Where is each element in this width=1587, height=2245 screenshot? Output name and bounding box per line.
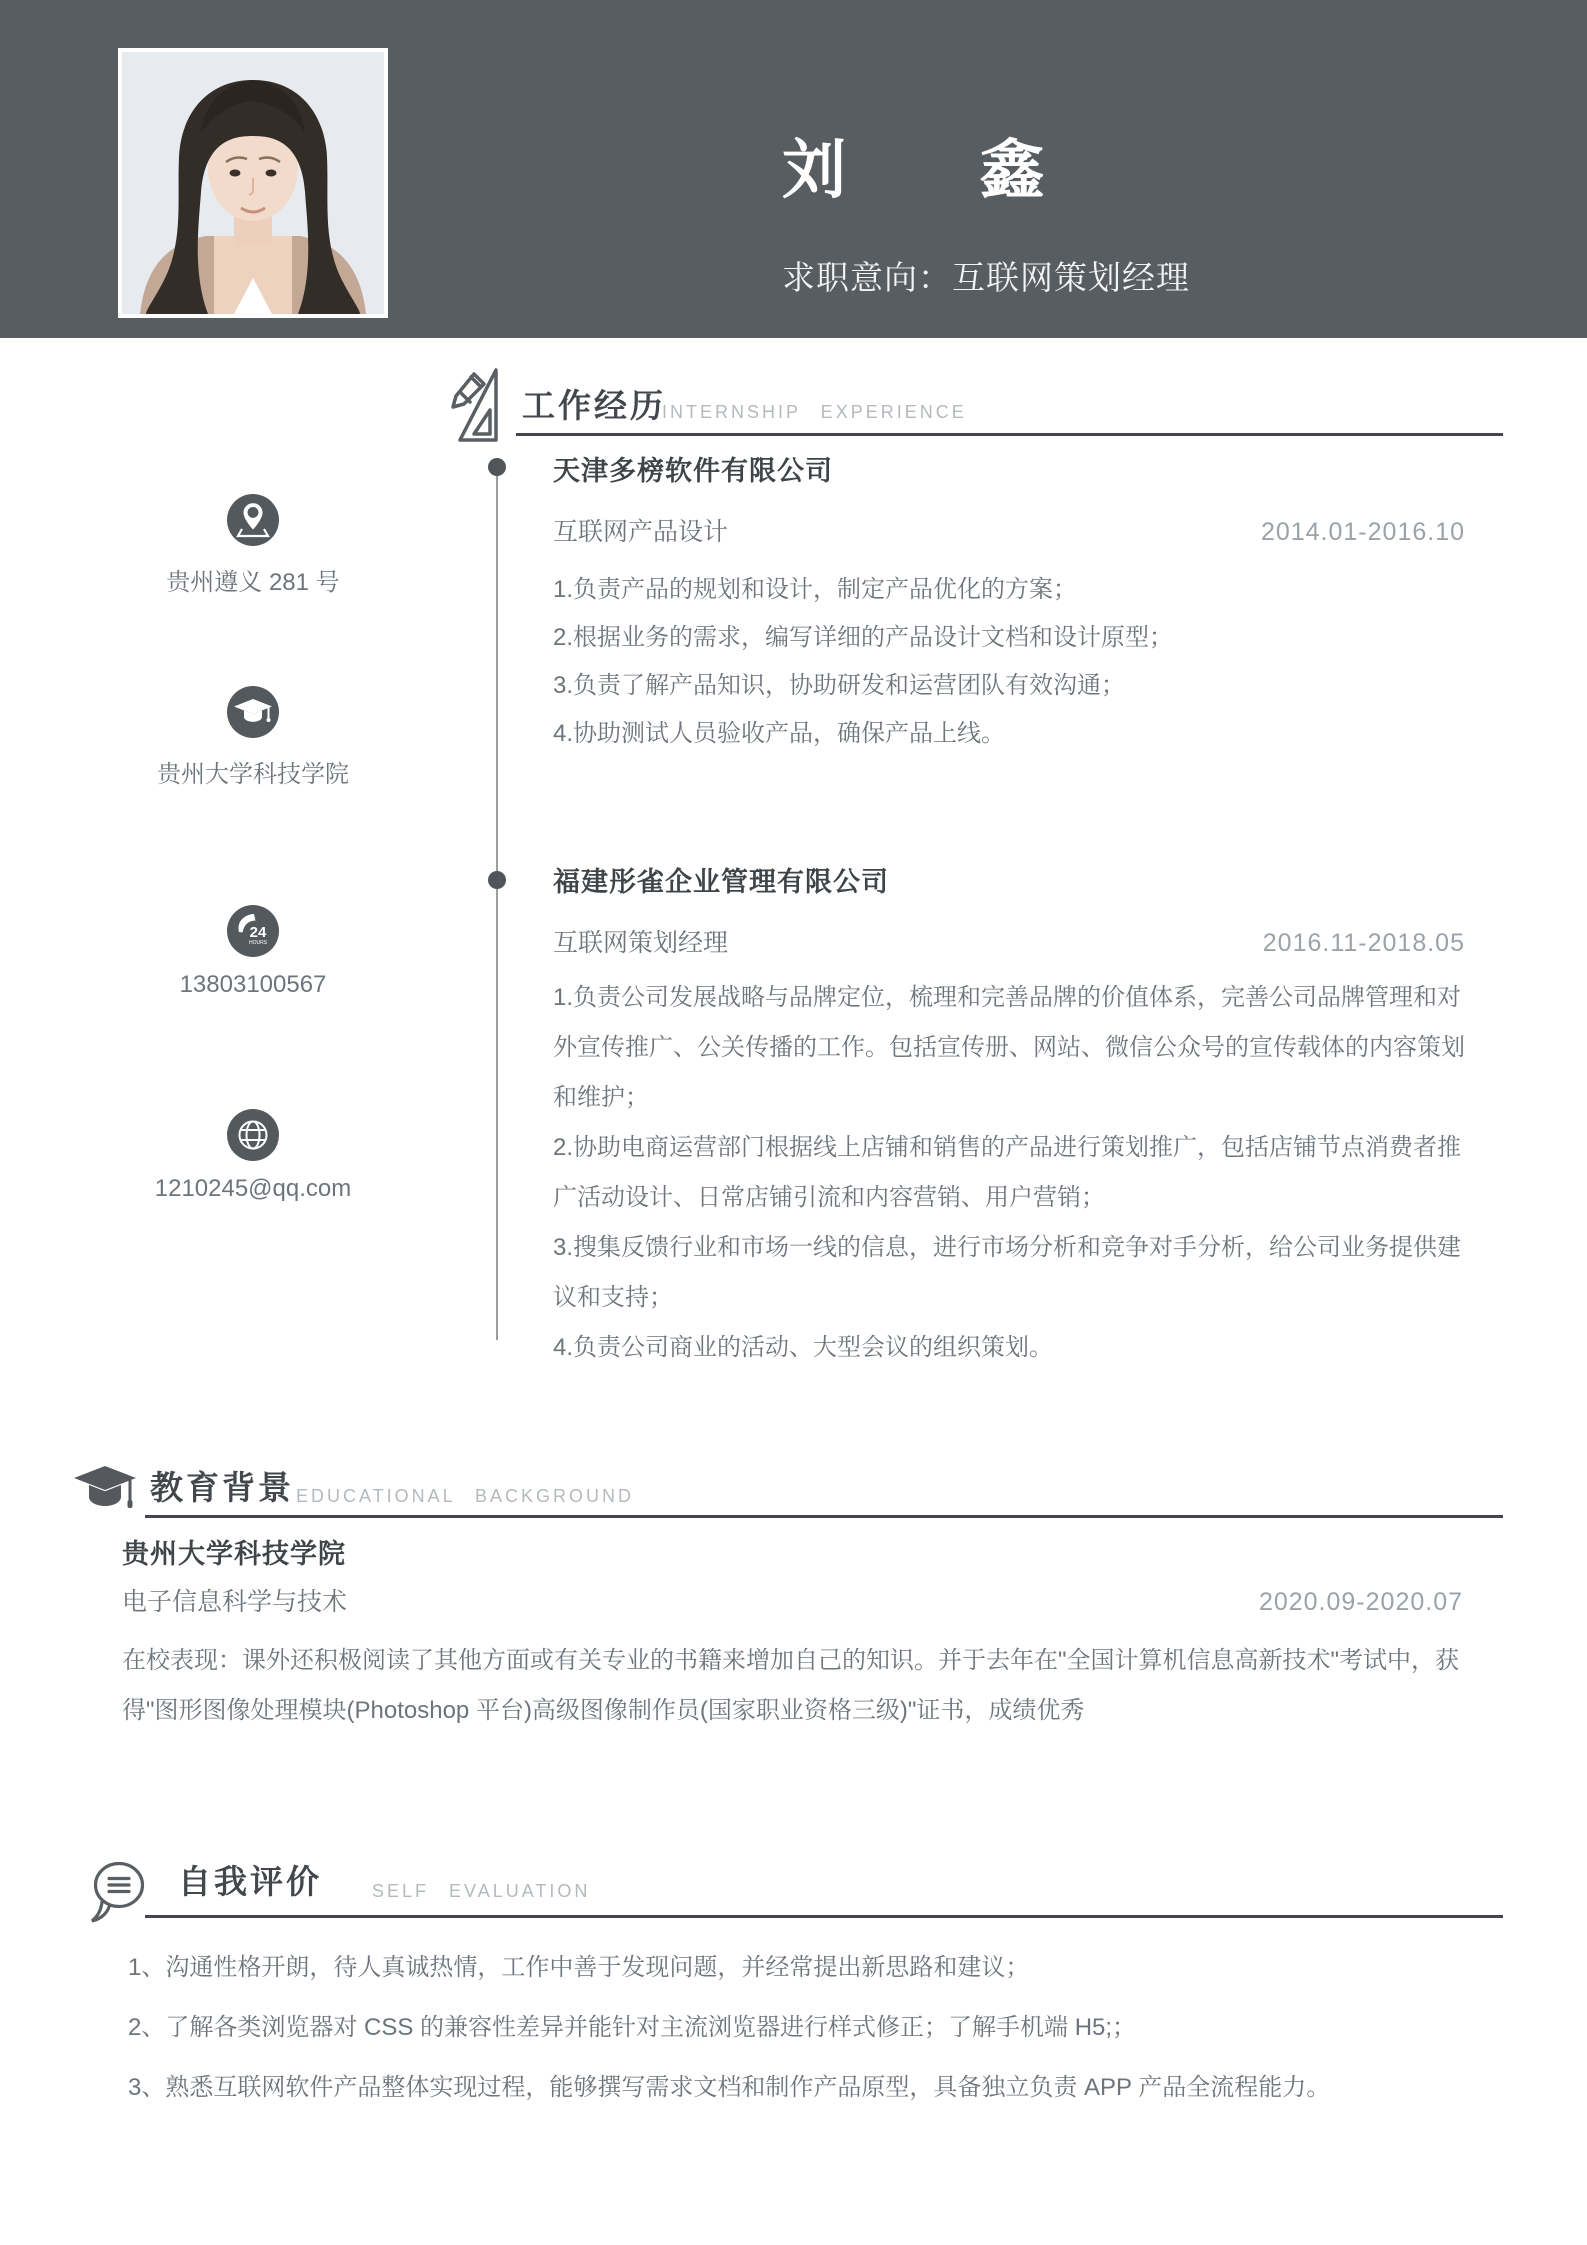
self-eval-section-subtitle: SELF EVALUATION	[372, 1881, 590, 1902]
speech-bubble-icon	[88, 1860, 146, 1924]
self-eval-section-rule	[145, 1915, 1503, 1918]
job-intent: 求职意向：互联网策划经理	[782, 252, 1190, 299]
duty-item: 1.负责产品的规划和设计，制定产品优化的方案；	[553, 566, 1465, 614]
resume-page: 刘 鑫 求职意向：互联网策划经理 贵州遵义 281 号 贵州大学科技学院 24 …	[0, 0, 1587, 2245]
job-entry: 福建彤雀企业管理有限公司 互联网策划经理 2016.11-2018.05 1.负…	[553, 860, 1465, 1373]
phone-24hours-icon: 24 HOURS	[227, 905, 279, 957]
self-eval-item: 3、熟悉互联网软件产品整体实现过程，能够撰写需求文档和制作产品原型，具备独立负责…	[128, 2064, 1480, 2112]
work-section-subtitle: INTERNSHIP EXPERIENCE	[662, 402, 967, 423]
job-role: 互联网产品设计	[553, 512, 728, 548]
self-eval-section-title: 自我评价	[178, 1862, 322, 1902]
self-eval-list: 1、沟通性格开朗，待人真诚热情，工作中善于发现问题，并经常提出新思路和建议； 2…	[128, 1944, 1480, 2124]
sidebar-item-phone: 24 HOURS 13803100567	[63, 905, 443, 999]
job-period: 2016.11-2018.05	[1263, 929, 1465, 958]
sidebar-item-school: 贵州大学科技学院	[63, 686, 443, 789]
role-row: 互联网产品设计 2014.01-2016.10	[553, 512, 1465, 548]
work-section-title: 工作经历	[522, 386, 666, 426]
phone-text: 13803100567	[63, 971, 443, 999]
duty-item: 2.根据业务的需求，编写详细的产品设计文档和设计原型；	[553, 614, 1465, 662]
timeline-line	[496, 467, 498, 1340]
education-period: 2020.09-2020.07	[1259, 1588, 1463, 1617]
pencil-ruler-icon	[450, 366, 514, 448]
location-pin-icon	[227, 494, 279, 546]
graduation-cap-section-icon	[72, 1464, 138, 1520]
duty-item: 4.负责公司商业的活动、大型会议的组织策划。	[553, 1323, 1465, 1373]
profile-photo	[118, 48, 388, 318]
self-eval-item: 2、了解各类浏览器对 CSS 的兼容性差异并能针对主流浏览器进行样式修正；了解手…	[128, 2004, 1480, 2052]
education-school: 贵州大学科技学院	[122, 1532, 346, 1571]
job-period: 2014.01-2016.10	[1261, 518, 1465, 547]
education-major: 电子信息科学与技术	[122, 1582, 347, 1618]
work-section-rule	[516, 433, 1503, 436]
education-section-subtitle: EDUCATIONAL BACKGROUND	[296, 1486, 634, 1507]
header-band: 刘 鑫 求职意向：互联网策划经理	[0, 0, 1587, 338]
duty-item: 3.搜集反馈行业和市场一线的信息，进行市场分析和竞争对手分析，给公司业务提供建议…	[553, 1223, 1465, 1323]
address-text: 贵州遵义 281 号	[63, 562, 443, 597]
svg-text:24: 24	[250, 924, 267, 941]
job-entry: 天津多榜软件有限公司 互联网产品设计 2014.01-2016.10 1.负责产…	[553, 449, 1465, 758]
sidebar-item-address: 贵州遵义 281 号	[63, 494, 443, 597]
duty-item: 2.协助电商运营部门根据线上店铺和销售的产品进行策划推广，包括店铺节点消费者推广…	[553, 1123, 1465, 1223]
graduation-cap-icon	[227, 686, 279, 738]
company-name: 天津多榜软件有限公司	[553, 449, 1465, 488]
education-major-row: 电子信息科学与技术 2020.09-2020.07	[122, 1582, 1463, 1618]
school-text: 贵州大学科技学院	[63, 754, 443, 789]
education-section-title: 教育背景	[150, 1468, 294, 1508]
email-text: 1210245@qq.com	[63, 1175, 443, 1203]
self-eval-item: 1、沟通性格开朗，待人真诚热情，工作中善于发现问题，并经常提出新思路和建议；	[128, 1944, 1480, 1992]
duty-item: 4.协助测试人员验收产品，确保产品上线。	[553, 710, 1465, 758]
duty-item: 1.负责公司发展战略与品牌定位，梳理和完善品牌的价值体系，完善公司品牌管理和对外…	[553, 973, 1465, 1123]
education-section-rule	[145, 1515, 1503, 1518]
candidate-name: 刘 鑫	[782, 138, 1046, 202]
timeline-dot	[488, 871, 506, 889]
education-description: 在校表现：课外还积极阅读了其他方面或有关专业的书籍来增加自己的知识。并于去年在"…	[122, 1636, 1474, 1736]
duty-list: 1.负责公司发展战略与品牌定位，梳理和完善品牌的价值体系，完善公司品牌管理和对外…	[553, 973, 1465, 1373]
globe-icon	[227, 1109, 279, 1161]
svg-text:HOURS: HOURS	[249, 940, 268, 946]
profile-photo-illustration	[122, 52, 384, 314]
sidebar-item-email: 1210245@qq.com	[63, 1109, 443, 1203]
duty-list: 1.负责产品的规划和设计，制定产品优化的方案； 2.根据业务的需求，编写详细的产…	[553, 566, 1465, 758]
role-row: 互联网策划经理 2016.11-2018.05	[553, 923, 1465, 959]
timeline-dot	[488, 458, 506, 476]
company-name: 福建彤雀企业管理有限公司	[553, 860, 1465, 899]
duty-item: 3.负责了解产品知识，协助研发和运营团队有效沟通；	[553, 662, 1465, 710]
job-role: 互联网策划经理	[553, 923, 728, 959]
